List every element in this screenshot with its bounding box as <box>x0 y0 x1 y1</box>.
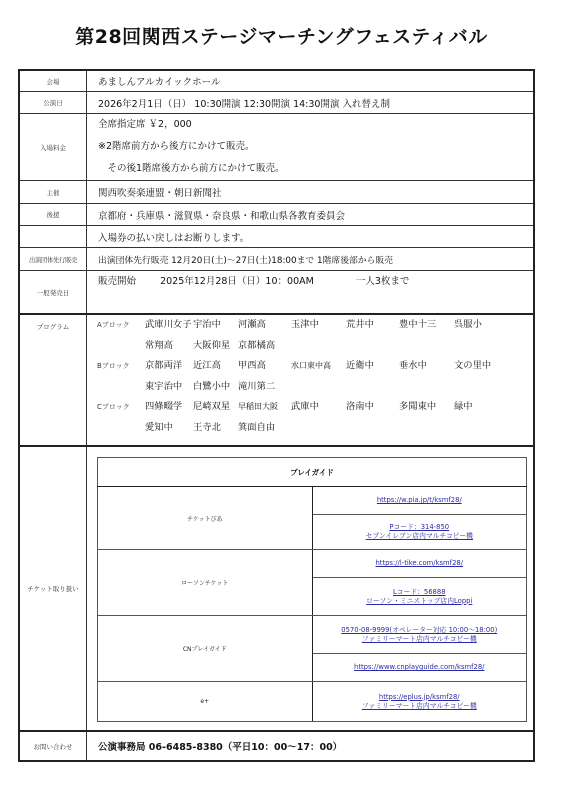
school: 多聞東中 <box>399 397 454 418</box>
row-date: 公演日 2026年2月1日（日） 10:30開演 12:30開演 14:30開演… <box>19 92 534 114</box>
school: 常翔高 <box>145 336 193 357</box>
school: 文の里中 <box>454 356 491 377</box>
school: 宇治中 <box>193 315 238 336</box>
value-general-sale: 販売開始 2025年12月28日（日）10：00AM 一人3枚まで <box>87 271 535 315</box>
school: 河瀬高 <box>238 315 291 336</box>
block-c-label: Cブロック <box>97 397 145 418</box>
lawson-lcode-link[interactable]: Lコード：56888 <box>393 588 446 596</box>
row-refund: 入場券の払い戻しはお断りします。 <box>19 226 534 248</box>
cn-url-link[interactable]: https://www.cnplayguide.com/ksmf28/ <box>354 663 484 671</box>
value-price: 全席指定席 ￥2，000 ※2階席前方から後方にかけて販売。 その後1階席後方か… <box>87 114 535 181</box>
school: 近衛中 <box>346 356 399 377</box>
pia-store-link[interactable]: セブンイレブン店内マルチコピー機 <box>366 532 473 540</box>
price-line-3: その後1階席後方から前方にかけて販売。 <box>98 158 533 180</box>
general-sale-datetime: 2025年12月28日（日）10：00AM <box>160 276 314 287</box>
playguide-header: プレイガイド <box>98 458 527 487</box>
value-program: Aブロック 武庫川女子 宇治中 河瀬高 玉津中 荒井中 豊中十三 呉服小 常翔高… <box>87 314 535 446</box>
label-date: 公演日 <box>19 92 87 114</box>
block-b-label: Bブロック <box>97 356 145 377</box>
label-presale: 出演団体先行販売 <box>19 248 87 271</box>
row-host: 主催 関西吹奏楽連盟・朝日新聞社 <box>19 181 534 204</box>
label-host: 主催 <box>19 181 87 204</box>
lawson-store-link[interactable]: ローソン・ミニストップ店内Loppi <box>366 597 472 605</box>
value-refund: 入場券の払い戻しはお断りします。 <box>87 226 535 248</box>
row-price: 入場料金 全席指定席 ￥2，000 ※2階席前方から後方にかけて販売。 その後1… <box>19 114 534 181</box>
cn-phone-link[interactable]: 0570-08-9999(オペレーター対応 10:00～18:00) <box>341 626 497 634</box>
pia-url-link[interactable]: https://w.pia.jp/t/ksmf28/ <box>377 496 462 504</box>
school: 呉服小 <box>454 315 482 336</box>
guide-pia: チケットぴあ https://w.pia.jp/t/ksmf28/ <box>98 487 527 515</box>
school: 白鷺小中 <box>193 377 238 398</box>
school: 武庫中 <box>291 397 346 418</box>
guide-eplus: e+ https://eplus.jp/ksmf28/ ファミリーマート店内マル… <box>98 682 527 722</box>
school: 荒井中 <box>346 315 399 336</box>
label-support: 後援 <box>19 204 87 226</box>
label-contact: お問い合わせ <box>19 731 87 761</box>
row-venue: 会場 あましんアルカイックホール <box>19 70 534 92</box>
row-general-sale: 一般発売日 販売開始 2025年12月28日（日）10：00AM 一人3枚まで <box>19 271 534 315</box>
program-block-b: Bブロック 京都両洋 近江高 甲西高 水口東中高 近衛中 垂水中 文の里中 東宇… <box>97 356 533 397</box>
school: 京都橘高 <box>238 336 275 357</box>
label-price: 入場料金 <box>19 114 87 181</box>
value-tickets: プレイガイド チケットぴあ https://w.pia.jp/t/ksmf28/… <box>87 446 535 731</box>
school: 尼崎双星 <box>193 397 238 418</box>
playguide-table: プレイガイド チケットぴあ https://w.pia.jp/t/ksmf28/… <box>97 457 527 722</box>
row-presale: 出演団体先行販売 出演団体先行販売 12月20日(土)～27日(土)18:00ま… <box>19 248 534 271</box>
eplus-store-link[interactable]: ファミリーマート店内マルチコピー機 <box>362 702 477 710</box>
row-program: プログラム Aブロック 武庫川女子 宇治中 河瀬高 玉津中 荒井中 豊中十三 呉… <box>19 314 534 446</box>
guide-pia-label: チケットぴあ <box>98 487 313 550</box>
row-support: 後援 京都府・兵庫県・滋賀県・奈良県・和歌山県各教育委員会 <box>19 204 534 226</box>
school: 武庫川女子 <box>145 315 193 336</box>
row-tickets: チケット取り扱い プレイガイド チケットぴあ https://w.pia.jp/… <box>19 446 534 731</box>
event-info-table: 会場 あましんアルカイックホール 公演日 2026年2月1日（日） 10:30開… <box>18 69 535 762</box>
price-line-1: 全席指定席 ￥2，000 <box>98 114 533 136</box>
value-host: 関西吹奏楽連盟・朝日新聞社 <box>87 181 535 204</box>
guide-lawson: ローソンチケット https://l-tike.com/ksmf28/ <box>98 550 527 578</box>
lawson-url-link[interactable]: https://l-tike.com/ksmf28/ <box>375 559 463 567</box>
school: 玉津中 <box>291 315 346 336</box>
value-support: 京都府・兵庫県・滋賀県・奈良県・和歌山県各教育委員会 <box>87 204 535 226</box>
program-block-a: Aブロック 武庫川女子 宇治中 河瀬高 玉津中 荒井中 豊中十三 呉服小 常翔高… <box>97 315 533 356</box>
program-block-c: Cブロック 四條畷学 尼崎双星 早稲田大阪 武庫中 洛南中 多聞東中 緑中 愛知… <box>97 397 533 438</box>
price-line-2: ※2階席前方から後方にかけて販売。 <box>98 136 533 158</box>
school: 愛知中 <box>145 418 193 439</box>
value-presale: 出演団体先行販売 12月20日(土)～27日(土)18:00まで 1階席後部から… <box>87 248 535 271</box>
guide-cn-label: CNプレイガイド <box>98 616 313 682</box>
label-refund <box>19 226 87 248</box>
label-general-sale: 一般発売日 <box>19 271 87 315</box>
guide-cn: CNプレイガイド 0570-08-9999(オペレーター対応 10:00～18:… <box>98 616 527 654</box>
school: 甲西高 <box>238 356 291 377</box>
page-title: 第28回関西ステージマーチングフェスティバル <box>0 22 563 49</box>
eplus-url-link[interactable]: https://eplus.jp/ksmf28/ <box>379 693 460 701</box>
school: 滝川第二 <box>238 377 275 398</box>
block-a-label: Aブロック <box>97 315 145 336</box>
school: 垂水中 <box>399 356 454 377</box>
value-contact: 公演事務局 06-6485-8380（平日10：00～17：00） <box>87 731 535 761</box>
school: 早稲田大阪 <box>238 397 291 418</box>
school: 近江高 <box>193 356 238 377</box>
value-date: 2026年2月1日（日） 10:30開演 12:30開演 14:30開演 入れ替… <box>87 92 535 114</box>
school: 豊中十三 <box>399 315 454 336</box>
school: 水口東中高 <box>291 356 346 377</box>
school: 王寺北 <box>193 418 238 439</box>
label-tickets: チケット取り扱い <box>19 446 87 731</box>
pia-pcode-link[interactable]: Pコード：314-850 <box>389 523 449 531</box>
value-venue: あましんアルカイックホール <box>87 70 535 92</box>
general-sale-start: 販売開始 <box>98 276 136 287</box>
school: 四條畷学 <box>145 397 193 418</box>
school: 緑中 <box>454 397 473 418</box>
school: 京都両洋 <box>145 356 193 377</box>
school: 洛南中 <box>346 397 399 418</box>
guide-lawson-label: ローソンチケット <box>98 550 313 616</box>
school: 東宇治中 <box>145 377 193 398</box>
cn-store-link[interactable]: ファミリーマート店内マルチコピー機 <box>362 635 477 643</box>
label-venue: 会場 <box>19 70 87 92</box>
guide-eplus-label: e+ <box>98 682 313 722</box>
row-contact: お問い合わせ 公演事務局 06-6485-8380（平日10：00～17：00） <box>19 731 534 761</box>
school: 箕面自由 <box>238 418 275 439</box>
general-sale-limit: 一人3枚まで <box>356 276 410 287</box>
label-program: プログラム <box>19 314 87 446</box>
school: 大阪仰星 <box>193 336 238 357</box>
